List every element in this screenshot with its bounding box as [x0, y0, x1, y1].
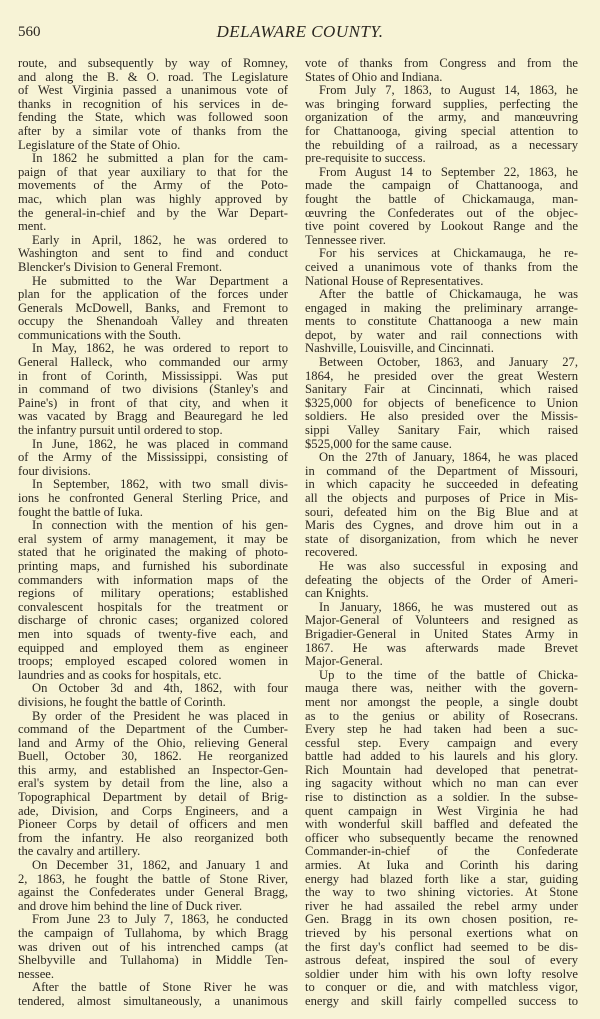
text-line: fought the battle of Iuka.	[18, 506, 288, 520]
text-line: Blencker's Division to General Fremont.	[18, 261, 288, 275]
text-line: the rebuilding of a railroad, as a neces…	[305, 139, 578, 153]
text-line: quent campaign in West Virginia he had	[305, 805, 578, 819]
text-line: and along the B. & O. road. The Legislat…	[18, 71, 288, 85]
text-line: four divisions.	[18, 465, 288, 479]
text-line: armies. At Iuka and Corinth his daring	[305, 859, 578, 873]
text-line: tendered, almost simultaneously, a unani…	[18, 995, 288, 1009]
text-line: against the Confederates under General B…	[18, 886, 288, 900]
text-line: pre-requisite to success.	[305, 152, 578, 166]
text-line: National House of Representatives.	[305, 275, 578, 289]
text-line: Major-General.	[305, 655, 578, 669]
book-page: 560 DELAWARE COUNTY. route, and subseque…	[0, 0, 600, 1019]
text-line: Tennessee river.	[305, 234, 578, 248]
text-line: route, and subsequently by way of Romney…	[18, 57, 288, 71]
text-line: soldier under him with his own lofty res…	[305, 968, 578, 982]
text-line: $325,000 for objects of beneficence to U…	[305, 397, 578, 411]
text-line: was driven out of his intrenched camps (…	[18, 941, 288, 955]
text-line: eral system of army management, it may b…	[18, 533, 288, 547]
text-line: After the battle of Chickamauga, he was	[305, 288, 578, 302]
text-line: ments to constitute Chattanooga a new ma…	[305, 315, 578, 329]
text-line: regions of military operations; establis…	[18, 587, 288, 601]
text-line: He was also successful in exposing and	[305, 560, 578, 574]
text-line: Commander-in-chief of the Confederate	[305, 845, 578, 859]
text-line: tive point covered by Lookout Range and …	[305, 220, 578, 234]
text-line: Brigadier-General in United States Army …	[305, 628, 578, 642]
page-header: 560 DELAWARE COUNTY.	[0, 20, 600, 44]
text-line: river he had assailed the rebel army und…	[305, 900, 578, 914]
text-line: from the infantry. He also reorganized b…	[18, 832, 288, 846]
text-line: divisions, he fought the battle of Corin…	[18, 696, 288, 710]
text-line: eral's system by detail from the line, a…	[18, 777, 288, 791]
text-line: the first day's conflict had seemed to b…	[305, 941, 578, 955]
text-line: with wonderful skill baffled and defeate…	[305, 818, 578, 832]
text-line: Washington and sent to find and conduct	[18, 247, 288, 261]
text-line: Between October, 1863, and January 27,	[305, 356, 578, 370]
text-line: sippi Valley Sanitary Fair, which raised	[305, 424, 578, 438]
text-line: made the campaign of Chattanooga, and	[305, 179, 578, 193]
text-line: nessee.	[18, 968, 288, 982]
text-line: ade, Division, and Corps Engineers, and …	[18, 805, 288, 819]
text-line: paign of that year auxiliary to that for…	[18, 166, 288, 180]
text-line: defeating the objects of the Order of Am…	[305, 574, 578, 588]
text-line: as to the genius or ability of Rosecrans…	[305, 710, 578, 724]
text-line: movements of the Army of the Poto-	[18, 179, 288, 193]
text-line: laundries and as cooks for hospitals, et…	[18, 669, 288, 683]
text-line: ment nor amongst the people, a single do…	[305, 696, 578, 710]
text-line: From July 7, 1863, to August 14, 1863, h…	[305, 84, 578, 98]
text-line: In June, 1862, he was placed in command	[18, 438, 288, 452]
text-line: Maris des Cygnes, and drove him out in a	[305, 519, 578, 533]
text-line: land and Army of the Ohio, relieving Gen…	[18, 737, 288, 751]
text-line: In January, 1866, he was mustered out as	[305, 601, 578, 615]
text-line: state of disorganization, from which he …	[305, 533, 578, 547]
text-line: can Knights.	[305, 587, 578, 601]
text-line: mauga there was, neither with the govern…	[305, 682, 578, 696]
text-line: plan for the application of the forces u…	[18, 288, 288, 302]
text-line: On the 27th of January, 1864, he was pla…	[305, 451, 578, 465]
running-title: DELAWARE COUNTY.	[0, 22, 600, 42]
text-line: Early in April, 1862, he was ordered to	[18, 234, 288, 248]
text-line: in command of two divisions (Stanley's a…	[18, 383, 288, 397]
text-line: Pioneer Corps by detail of officers and …	[18, 818, 288, 832]
text-line: occupy the Shenandoah Valley and threate…	[18, 315, 288, 329]
text-line: to conquer or die, and with matchless vi…	[305, 981, 578, 995]
text-line: depot, by water and rail connections wit…	[305, 329, 578, 343]
text-line: In September, 1862, with two small divis…	[18, 478, 288, 492]
text-line: 2, 1863, he fought the battle of Stone R…	[18, 873, 288, 887]
text-line: command of the Department of the Cumber-	[18, 723, 288, 737]
text-line: energy and skill fairly compelled succes…	[305, 995, 578, 1009]
text-line: $525,000 for the same cause.	[305, 438, 578, 452]
text-line: From August 14 to September 22, 1863, he	[305, 166, 578, 180]
text-line: stated that he originated the making of …	[18, 546, 288, 560]
text-line: œuvring the Confederates out of the obje…	[305, 207, 578, 221]
text-line: For his services at Chickamauga, he re-	[305, 247, 578, 261]
text-line: the way to two shining victories. At Sto…	[305, 886, 578, 900]
text-line: 1864, he presided over the great Western	[305, 370, 578, 384]
text-line: rise to distinction as a soldier. In the…	[305, 791, 578, 805]
text-line: commanders with information maps of the	[18, 574, 288, 588]
text-line: 1867. He was afterwards made Brevet	[305, 642, 578, 656]
text-line: In connection with the mention of his ge…	[18, 519, 288, 533]
text-line: Sanitary Fair at Cincinnati, which raise…	[305, 383, 578, 397]
text-line: convalescent hospitals for the treatment…	[18, 601, 288, 615]
text-line: for Chattanooga, giving special attentio…	[305, 125, 578, 139]
text-line: Shelbyville and Tullahoma) in Middle Ten…	[18, 954, 288, 968]
text-line: In May, 1862, he was ordered to report t…	[18, 342, 288, 356]
text-line: the cavalry and artillery.	[18, 845, 288, 859]
text-line: cessful step. Every campaign and every	[305, 737, 578, 751]
text-line: From June 23 to July 7, 1863, he conduct…	[18, 913, 288, 927]
text-line: was vacated by Bragg and Beauregard he l…	[18, 410, 288, 424]
text-line: in front of Corinth, Mississippi. Was pu…	[18, 370, 288, 384]
text-line: General Halleck, who commanded our army	[18, 356, 288, 370]
text-line: ing sagacity without which no man can ev…	[305, 777, 578, 791]
text-line: He submitted to the War Department a	[18, 275, 288, 289]
text-line: of the Army of the Mississippi, consisti…	[18, 451, 288, 465]
text-line: communications with the South.	[18, 329, 288, 343]
text-line: Gen. Bragg in its own chosen position, r…	[305, 913, 578, 927]
text-line: Generals McDowell, Banks, and Fremont to	[18, 302, 288, 316]
text-line: ment.	[18, 220, 288, 234]
text-line: discharge of chronic cases; organized co…	[18, 614, 288, 628]
text-line: in which capacity he succeeded in defeat…	[305, 478, 578, 492]
text-line: Up to the time of the battle of Chicka-	[305, 669, 578, 683]
text-line: after by a similar vote of thanks from t…	[18, 125, 288, 139]
text-line: States of Ohio and Indiana.	[305, 71, 578, 85]
text-line: In 1862 he submitted a plan for the cam-	[18, 152, 288, 166]
text-line: On October 3d and 4th, 1862, with four	[18, 682, 288, 696]
text-line: officer who subsequently became the reno…	[305, 832, 578, 846]
text-line: thanks in recognition of his services in…	[18, 98, 288, 112]
left-column: route, and subsequently by way of Romney…	[18, 57, 288, 1009]
text-line: fought the battle of Chickamauga, man-	[305, 193, 578, 207]
text-line: and drove him behind the line of Duck ri…	[18, 900, 288, 914]
text-line: Legislature of the State of Ohio.	[18, 139, 288, 153]
text-line: energy had blazed forth like a star, gui…	[305, 873, 578, 887]
text-line: engaged in making the preliminary arrang…	[305, 302, 578, 316]
text-line: recovered.	[305, 546, 578, 560]
text-line: of West Virginia passed a unanimous vote…	[18, 84, 288, 98]
text-line: was bringing forward supplies, perfectin…	[305, 98, 578, 112]
text-line: astrous defeat, inspired the soul of eve…	[305, 954, 578, 968]
text-line: Buell, October 30, 1862. He reorganized	[18, 750, 288, 764]
text-line: in command of the Department of Missouri…	[305, 465, 578, 479]
text-line: troops; employed escaped colored women i…	[18, 655, 288, 669]
text-line: mac, which plan was highly approved by	[18, 193, 288, 207]
text-line: vote of thanks from Congress and from th…	[305, 57, 578, 71]
text-line: trieved by his personal exertions what o…	[305, 927, 578, 941]
text-line: ions he confronted General Sterling Pric…	[18, 492, 288, 506]
text-line: soldiers. He also presided over the Miss…	[305, 410, 578, 424]
text-line: Nashville, Louisville, and Cincinnati.	[305, 342, 578, 356]
text-line: equipped and employed them as engineer	[18, 642, 288, 656]
text-line: Every step he had taken had been a suc-	[305, 723, 578, 737]
text-line: the infantry pursuit until ordered to st…	[18, 424, 288, 438]
text-line: all the objects and purposes of Price in…	[305, 492, 578, 506]
text-line: ceived a unanimous vote of thanks from t…	[305, 261, 578, 275]
text-line: After the battle of Stone River he was	[18, 981, 288, 995]
text-line: printing maps, and furnished his subordi…	[18, 560, 288, 574]
text-line: On December 31, 1862, and January 1 and	[18, 859, 288, 873]
text-line: souri, defeated him on the Big Blue and …	[305, 506, 578, 520]
text-line: fending the State, which was followed so…	[18, 111, 288, 125]
text-line: the campaign of Tullahoma, by which Brag…	[18, 927, 288, 941]
text-line: this army, and established an Inspector-…	[18, 764, 288, 778]
text-line: Paine's) in front of that city, and when…	[18, 397, 288, 411]
text-line: By order of the President he was placed …	[18, 710, 288, 724]
text-line: battle had added to his laurels and his …	[305, 750, 578, 764]
text-line: Rich Mountain had developed that penetra…	[305, 764, 578, 778]
text-line: Major-General of Volunteers and resigned…	[305, 614, 578, 628]
right-column: vote of thanks from Congress and from th…	[305, 57, 578, 1009]
text-line: the general-in-chief and by the War Depa…	[18, 207, 288, 221]
text-line: organization of the army, and manœuvring	[305, 111, 578, 125]
text-line: men into squads of twenty-five each, and	[18, 628, 288, 642]
text-line: Topographical Department by detail of Br…	[18, 791, 288, 805]
